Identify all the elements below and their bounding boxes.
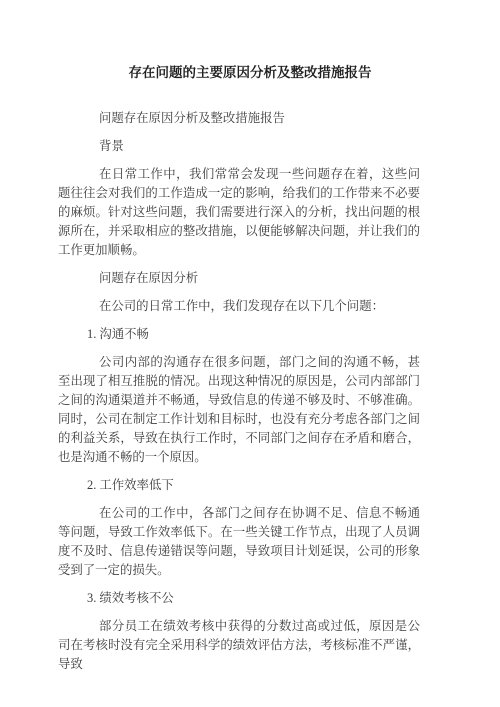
document-body: 问题存在原因分析及整改措施报告 背景 在日常工作中，我们常常会发现一些问题存在着… (58, 109, 420, 674)
section-heading-cause-analysis: 问题存在原因分析 (58, 269, 420, 288)
list-heading-efficiency: 2. 工作效率低下 (58, 476, 420, 495)
document-page: 存在问题的主要原因分析及整改措施报告 问题存在原因分析及整改措施报告 背景 在日… (0, 0, 500, 707)
section-heading-background: 背景 (58, 137, 420, 156)
list-heading-communication: 1. 沟通不畅 (58, 325, 420, 344)
document-title: 存在问题的主要原因分析及整改措施报告 (0, 0, 500, 82)
doc-subtitle: 问题存在原因分析及整改措施报告 (58, 109, 420, 128)
paragraph-problems-lead-in: 在公司的日常工作中，我们发现存在以下几个问题： (58, 297, 420, 316)
paragraph-background-intro: 在日常工作中，我们常常会发现一些问题存在着，这些问题往往会对我们的工作造成一定的… (58, 165, 420, 260)
list-heading-appraisal: 3. 绩效考核不公 (58, 589, 420, 608)
paragraph-appraisal-detail: 部分员工在绩效考核中获得的分数过高或过低，原因是公司在考核时没有完全采用科学的绩… (58, 617, 420, 674)
paragraph-communication-detail: 公司内部的沟通存在很多问题，部门之间的沟通不畅，甚至出现了相互推脱的情况。出现这… (58, 353, 420, 467)
paragraph-efficiency-detail: 在公司的工作中，各部门之间存在协调不足、信息不畅通等问题，导致工作效率低下。在一… (58, 504, 420, 580)
